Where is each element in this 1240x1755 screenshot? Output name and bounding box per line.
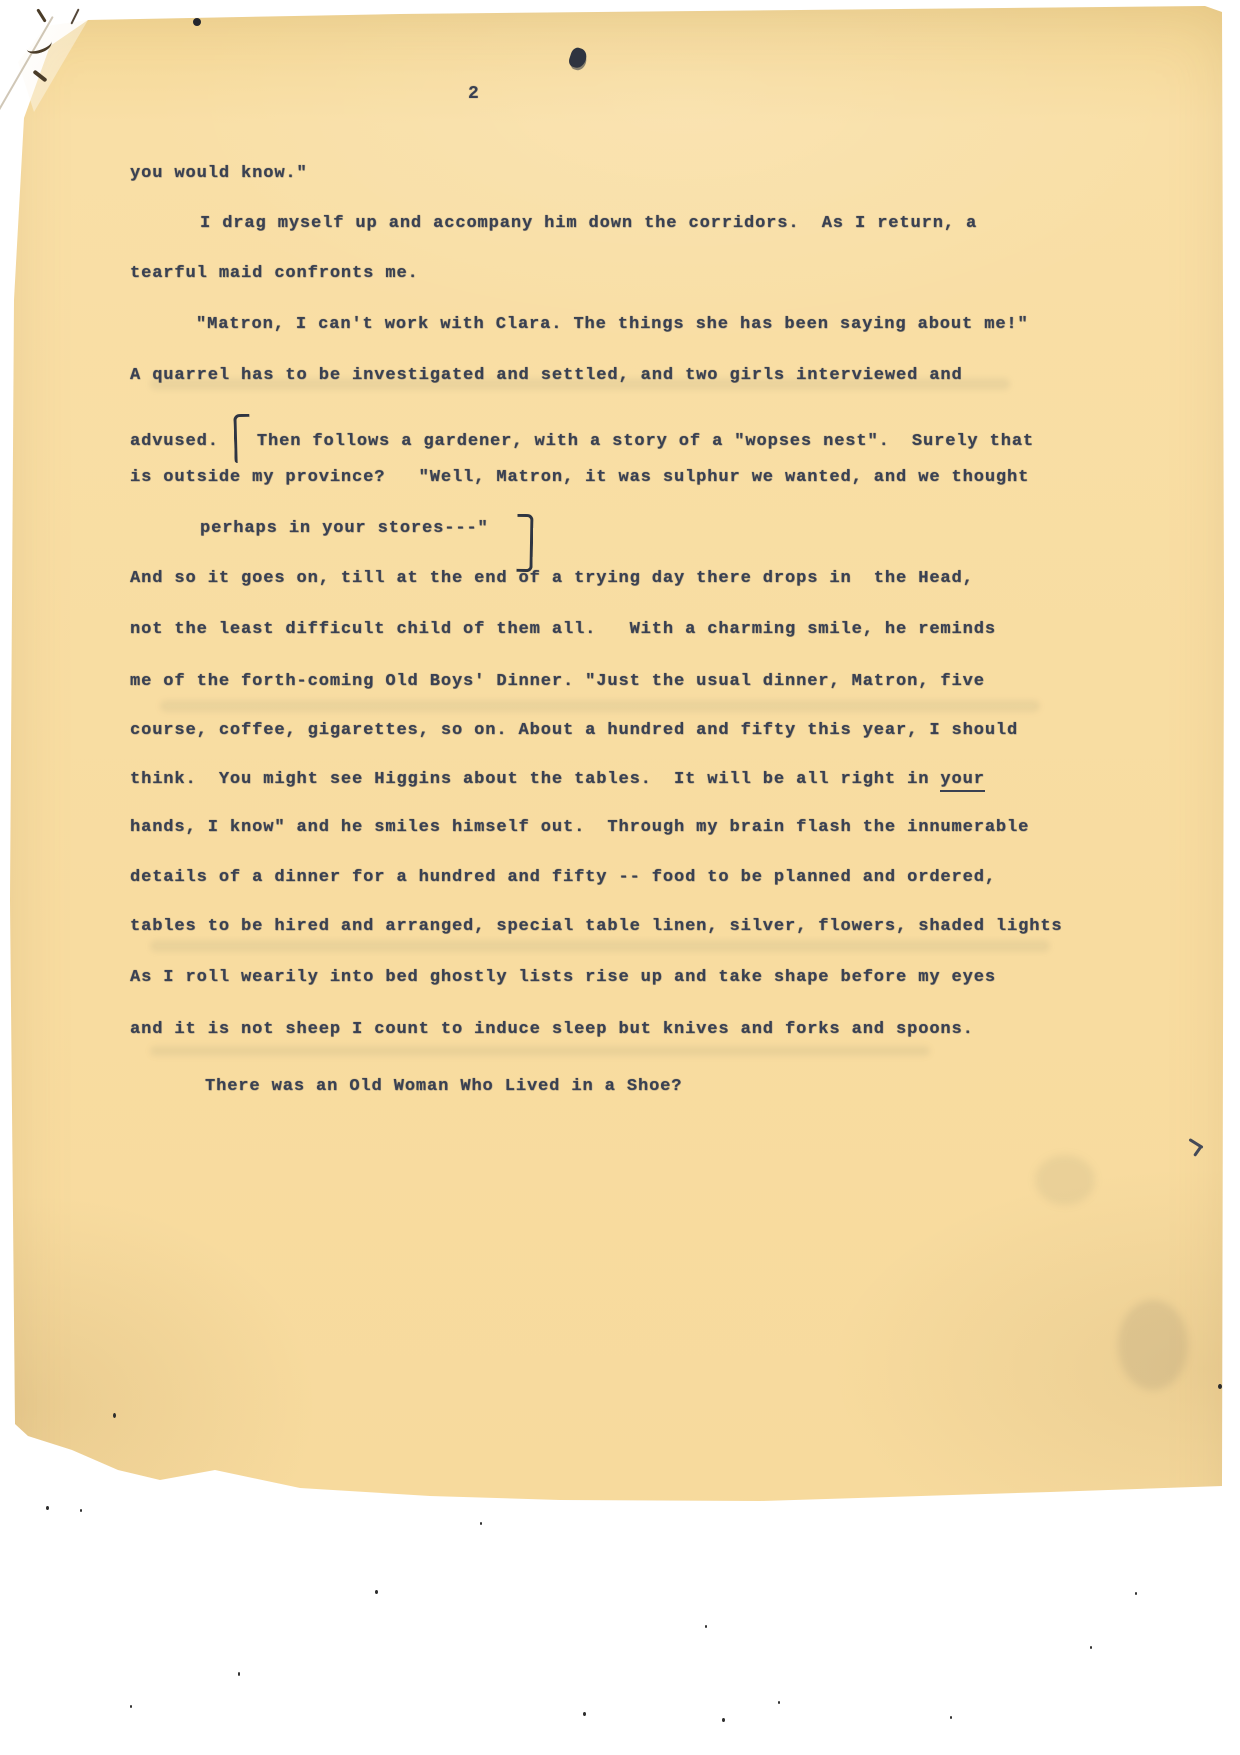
typed-line: course, coffee, gigarettes, so on. About… bbox=[130, 720, 1018, 742]
typed-text: perhaps in your stores---" bbox=[200, 519, 489, 538]
scanned-page: { "document": { "page_number": "2", "col… bbox=[0, 0, 1240, 1755]
dust-speck bbox=[238, 1672, 240, 1676]
dust-speck bbox=[1218, 1384, 1222, 1389]
ink-bleed bbox=[150, 1046, 930, 1056]
paper-smudge bbox=[1035, 1155, 1095, 1205]
typed-text: Then follows a gardener, with a story of… bbox=[257, 432, 1034, 451]
typed-line: As I roll wearily into bed ghostly lists… bbox=[130, 967, 996, 989]
typed-line: is outside my province? "Well, Matron, i… bbox=[130, 467, 1029, 489]
dust-speck bbox=[113, 1413, 116, 1418]
typed-line: details of a dinner for a hundred and fi… bbox=[130, 867, 996, 889]
typed-text: advused. bbox=[130, 432, 230, 451]
dust-speck bbox=[46, 1506, 49, 1510]
page-number: 2 bbox=[468, 84, 479, 104]
underlined-word: your bbox=[940, 770, 984, 792]
dust-speck bbox=[1090, 1646, 1092, 1649]
dust-speck bbox=[950, 1716, 952, 1719]
editorial-bracket-close bbox=[516, 514, 533, 572]
typed-line: advused. Then follows a gardener, with a… bbox=[130, 416, 1034, 465]
dust-speck bbox=[705, 1625, 707, 1628]
dust-speck bbox=[583, 1712, 586, 1716]
dust-speck bbox=[778, 1701, 780, 1704]
dust-speck bbox=[80, 1509, 82, 1512]
typed-line: not the least difficult child of them al… bbox=[130, 619, 996, 641]
typed-line: And so it goes on, till at the end of a … bbox=[130, 568, 974, 590]
typed-line: me of the forth-coming Old Boys' Dinner.… bbox=[130, 671, 985, 693]
typed-line: you would know." bbox=[130, 163, 308, 185]
typed-text: think. You might see Higgins about the t… bbox=[130, 770, 940, 789]
editorial-bracket-open bbox=[233, 414, 250, 463]
typed-line: tables to be hired and arranged, special… bbox=[130, 916, 1063, 938]
dust-speck bbox=[480, 1522, 482, 1525]
typed-line: think. You might see Higgins about the t… bbox=[130, 769, 985, 791]
pen-mark bbox=[36, 8, 46, 22]
ink-bleed bbox=[150, 940, 1050, 952]
dust-speck bbox=[130, 1705, 132, 1708]
typed-line: and it is not sheep I count to induce sl… bbox=[130, 1019, 974, 1041]
typed-line: tearful maid confronts me. bbox=[130, 263, 419, 285]
dust-speck bbox=[1135, 1592, 1137, 1595]
typed-line: A quarrel has to be investigated and set… bbox=[130, 365, 963, 387]
dust-speck bbox=[722, 1718, 725, 1722]
typed-line: I drag myself up and accompany him down … bbox=[200, 213, 977, 235]
typed-line: hands, I know" and he smiles himself out… bbox=[130, 817, 1029, 839]
typed-line: There was an Old Woman Who Lived in a Sh… bbox=[205, 1076, 682, 1098]
punch-hole bbox=[193, 18, 201, 26]
paper-smudge bbox=[1118, 1300, 1188, 1390]
ink-bleed bbox=[160, 700, 1040, 712]
dust-speck bbox=[375, 1590, 378, 1594]
typed-line: "Matron, I can't work with Clara. The th… bbox=[196, 314, 1029, 336]
